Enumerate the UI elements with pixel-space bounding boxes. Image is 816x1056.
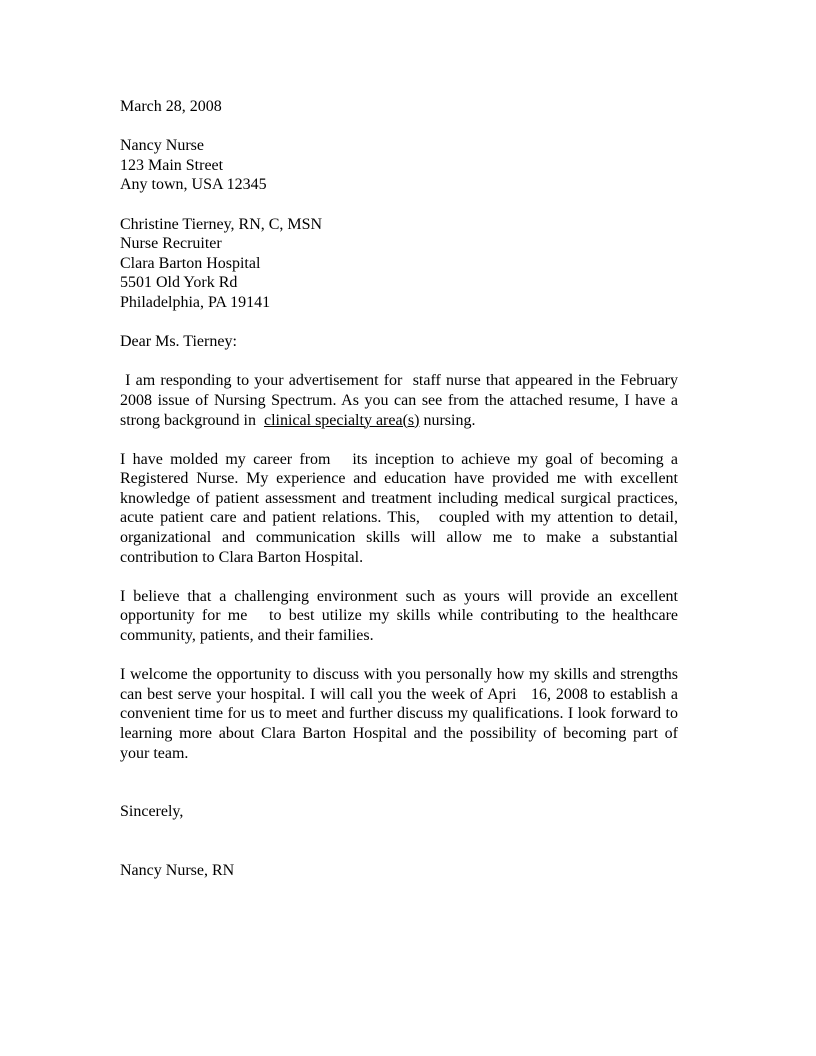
body-paragraph-2: I have molded my career from its incepti… (120, 450, 678, 568)
sender-name: Nancy Nurse (120, 136, 678, 156)
sender-street: 123 Main Street (120, 156, 678, 176)
recipient-street: 5501 Old York Rd (120, 273, 678, 293)
sender-address: Nancy Nurse 123 Main Street Any town, US… (120, 136, 678, 195)
clinical-specialty-blank: clinical specialty area(s) (264, 412, 419, 429)
signature-text: Nancy Nurse, RN (120, 862, 234, 879)
recipient-organization: Clara Barton Hospital (120, 254, 678, 274)
signature-line: Nancy Nurse, RN (120, 861, 678, 881)
recipient-name: Christine Tierney, RN, C, MSN (120, 215, 678, 235)
recipient-city: Philadelphia, PA 19141 (120, 293, 678, 313)
body-paragraph-4: I welcome the opportunity to discuss wit… (120, 665, 678, 763)
paragraph-2-text: I have molded my career from its incepti… (120, 451, 682, 566)
closing: Sincerely, (120, 802, 678, 822)
date-line: March 28, 2008 (120, 97, 678, 117)
sender-city: Any town, USA 12345 (120, 175, 678, 195)
body-paragraph-1: I am responding to your advertisement fo… (120, 371, 678, 430)
recipient-title: Nurse Recruiter (120, 234, 678, 254)
closing-text: Sincerely, (120, 803, 183, 820)
paragraph-3-text: I believe that a challenging environment… (120, 588, 682, 644)
letter-page: March 28, 2008 Nancy Nurse 123 Main Stre… (0, 0, 816, 1056)
paragraph-4-text: I welcome the opportunity to discuss wit… (120, 666, 682, 761)
paragraph-1-text-after-blank: nursing. (419, 412, 475, 429)
salutation: Dear Ms. Tierney: (120, 332, 678, 352)
body-paragraph-3: I believe that a challenging environment… (120, 587, 678, 646)
letter-date: March 28, 2008 (120, 98, 222, 115)
recipient-address: Christine Tierney, RN, C, MSN Nurse Recr… (120, 215, 678, 313)
salutation-text: Dear Ms. Tierney: (120, 333, 237, 350)
